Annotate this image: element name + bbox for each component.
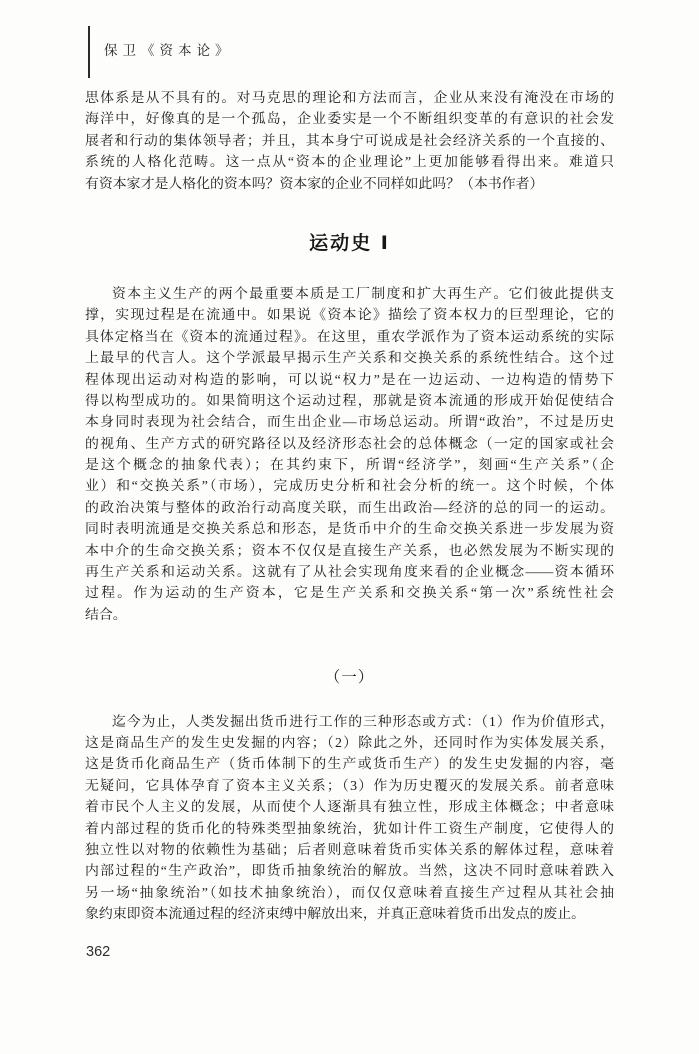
- text-line: 是这个概念的抽象代表）；在其约束下，所谓“经济学”，刻画“生产关系”（企: [85, 455, 614, 476]
- text-line: 迄今为止，人类发掘出货币进行工作的三种形态或方式：（1）作为价值形式，: [85, 712, 614, 733]
- text-line: 再生产关系和运动关系。这就有了从社会实现角度来看的企业概念——资本循环: [85, 562, 614, 583]
- running-head-title: 保卫《资本论》: [104, 39, 234, 59]
- text-line: 有资本家才是人格化的资本吗？资本家的企业不同样如此吗？（本书作者）: [85, 174, 614, 195]
- text-line: 着内部过程的货币化的特殊类型抽象统治，犹如计件工资生产制度，它使得人的: [85, 819, 614, 840]
- text-line: 业）和“交换关系”（市场），完成历史分析和社会分析的统一。这个时候，个体: [85, 476, 614, 497]
- chapter-title: 运动史 I: [85, 230, 614, 257]
- text-line: 海洋中，好像真的是一个孤岛，企业委实是一个不断组织变革的有意识的社会发: [85, 109, 614, 130]
- running-head: 保卫《资本论》: [88, 26, 234, 78]
- text-column: 思体系是从不具有的。对马克思的理论和方法而言，企业从来没有淹没在市场的海洋中，好…: [85, 88, 614, 926]
- text-line: 撑，实现过程是在流通中。如果说《资本论》描绘了资本权力的巨型理论，它的: [85, 305, 614, 326]
- text-line: 结合。: [85, 605, 614, 626]
- text-line: 同时表明流通是交换关系总和形态，是货币中介的生命交换关系进一步发展为资: [85, 519, 614, 540]
- text-line: 展者和行动的集体领导者；并且，其本身宁可说成是社会经济关系的一个直接的、: [85, 131, 614, 152]
- body-paragraph-money: 迄今为止，人类发掘出货币进行工作的三种形态或方式：（1）作为价值形式，这是商品生…: [85, 712, 614, 926]
- page-number: 362: [86, 944, 110, 960]
- text-line: 资本主义生产的两个最重要本质是工厂制度和扩大再生产。它们彼此提供支: [85, 284, 614, 305]
- text-line: 具体定格当在《资本的流通过程》。在这里，重农学派作为了资本运动系统的实际: [85, 327, 614, 348]
- text-line: 独立性以对物的依赖性为基础；后者则意味着货币实体关系的解体过程，意味着: [85, 840, 614, 861]
- intro-continuation-paragraph: 思体系是从不具有的。对马克思的理论和方法而言，企业从来没有淹没在市场的海洋中，好…: [85, 88, 614, 195]
- text-line: 本中介的生命交换关系；资本不仅仅是直接生产关系，也必然发展为不断实现的: [85, 541, 614, 562]
- running-head-rule: [88, 26, 90, 78]
- body-paragraph-movement: 资本主义生产的两个最重要本质是工厂制度和扩大再生产。它们彼此提供支撑，实现过程是…: [85, 284, 614, 626]
- text-line: 这是货币化商品生产（货币体制下的生产或货币生产）的发生史发掘的内容，毫: [85, 754, 614, 775]
- book-page: 保卫《资本论》 思体系是从不具有的。对马克思的理论和方法而言，企业从来没有淹没在…: [0, 0, 699, 1054]
- text-line: 本身同时表现为社会结合，而生出企业—市场总运动。所谓“政治”，不过是历史: [85, 412, 614, 433]
- text-line: 上最早的代言人。这个学派最早揭示生产关系和交换关系的系统性结合。这个过: [85, 348, 614, 369]
- text-line: 的政治决策与整体的政治行动高度关联，而生出政治—经济的总的同一的运动。: [85, 498, 614, 519]
- text-line: 内部过程的“生产政治”，即货币抽象统治的解放。当然，这决不同时意味着跌入: [85, 861, 614, 882]
- section-marker: （一）: [85, 667, 614, 688]
- text-line: 过程。作为运动的生产资本，它是生产关系和交换关系“第一次”系统性社会: [85, 583, 614, 604]
- text-line: 无疑问，它具体孕育了资本主义关系；（3）作为历史覆灭的发展关系。前者意味: [85, 776, 614, 797]
- text-line: 的视角、生产方式的研究路径以及经济形态社会的总体概念（一定的国家或社会: [85, 434, 614, 455]
- text-line: 系统的人格化范畴。这一点从“资本的企业理论”上更加能够看得出来。难道只: [85, 152, 614, 173]
- text-line: 着市民个人主义的发展，从而使个人逐渐具有独立性，形成主体概念；中者意味: [85, 797, 614, 818]
- text-line: 另一场“抽象统治”（如技术抽象统治），而仅仅意味着直接生产过程从其社会抽: [85, 883, 614, 904]
- text-line: 这是商品生产的发生史发掘的内容；（2）除此之外，还同时作为实体发展关系，: [85, 733, 614, 754]
- text-line: 程体现出运动对构造的影响，可以说“权力”是在一边运动、一边构造的情势下: [85, 370, 614, 391]
- text-line: 象约束即资本流通过程的经济束缚中解放出来，并真正意味着货币出发点的废止。: [85, 904, 614, 925]
- text-line: 思体系是从不具有的。对马克思的理论和方法而言，企业从来没有淹没在市场的: [85, 88, 614, 109]
- text-line: 得以构型成功的。如果简明这个运动过程，那就是资本流通的形成开始促使结合: [85, 391, 614, 412]
